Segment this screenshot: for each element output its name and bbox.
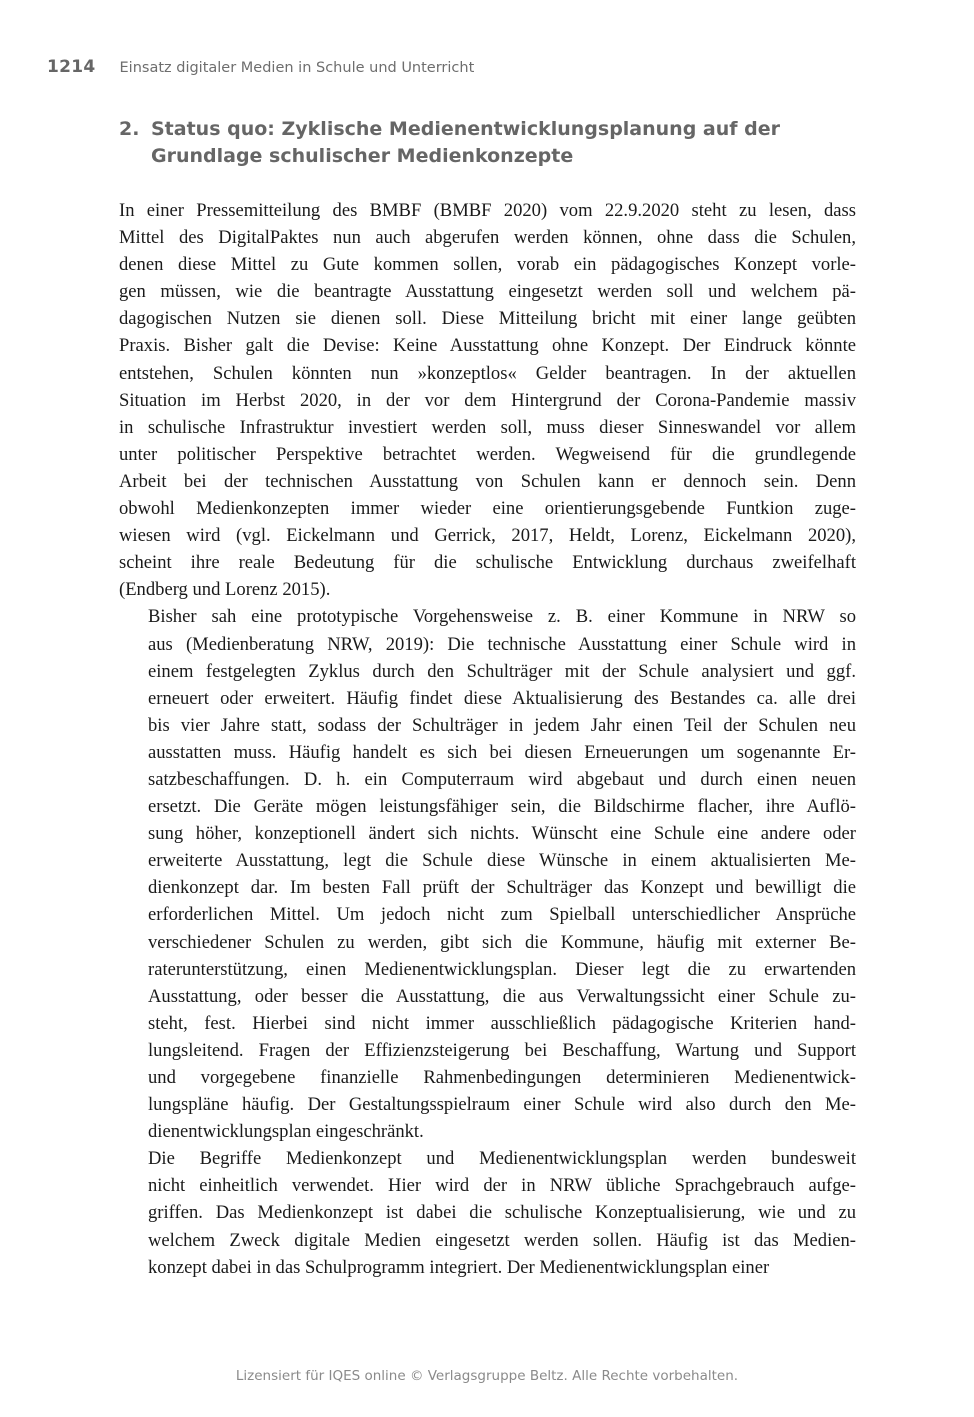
text-line: bis vier Jahre statt, sodass der Schultr… (119, 712, 856, 739)
text-line: dienkonzept dar. Im besten Fall prüft de… (119, 874, 856, 901)
running-head: 1214 Einsatz digitaler Medien in Schule … (47, 57, 474, 77)
text-line: Die Begriffe Medienkonzept und Medienent… (119, 1145, 856, 1172)
text-line: gen müssen, wie die beantragte Ausstattu… (119, 278, 856, 305)
text-line: unter politischer Perspektive betrachtet… (119, 441, 856, 468)
text-line: raterunterstützung, einen Medienentwickl… (119, 956, 856, 983)
text-line: ausstatten muss. Häufig handelt es sich … (119, 739, 856, 766)
text-line: Situation im Herbst 2020, in der vor dem… (119, 387, 856, 414)
text-line: sung höher, konzeptionell ändert sich ni… (119, 820, 856, 847)
text-line: In einer Pressemitteilung des BMBF (BMBF… (119, 197, 856, 224)
text-line: (Endberg und Lorenz 2015). (119, 576, 856, 603)
text-line: einem festgelegten Zyklus durch den Schu… (119, 658, 856, 685)
text-line: nicht einheitlich verwendet. Hier wird d… (119, 1172, 856, 1199)
text-line: in schulische Infrastruktur investiert w… (119, 414, 856, 441)
text-line: lungsleitend. Fragen der Effizienzsteige… (119, 1037, 856, 1064)
text-line: welchem Zweck digitale Medien eingesetzt… (119, 1227, 856, 1254)
text-line: erneuert oder erweitert. Häufig findet d… (119, 685, 856, 712)
text-line: dagogischen Nutzen sie dienen soll. Dies… (119, 305, 856, 332)
section-title-line-2: Grundlage schulischer Medienkonzepte (151, 143, 839, 170)
text-line: wiesen wird (vgl. Eickelmann und Gerrick… (119, 522, 856, 549)
section-number: 2. (119, 116, 151, 170)
text-line: erweiterte Ausstattung, legt die Schule … (119, 847, 856, 874)
text-line: denen diese Mittel zu Gute kommen sollen… (119, 251, 856, 278)
text-line: erforderlichen Mittel. Um jedoch nicht z… (119, 901, 856, 928)
text-line: dienentwicklungsplan eingeschränkt. (119, 1118, 856, 1145)
text-line: ersetzt. Die Geräte mögen leistungsfähig… (119, 793, 856, 820)
text-line: steht, fest. Hierbei sind nicht immer au… (119, 1010, 856, 1037)
text-line: Praxis. Bisher galt die Devise: Keine Au… (119, 332, 856, 359)
text-line: verschiedener Schulen zu werden, gibt si… (119, 929, 856, 956)
text-line: aus (Medienberatung NRW, 2019): Die tech… (119, 631, 856, 658)
page-number: 1214 (47, 57, 96, 77)
text-line: und vorgegebene finanzielle Rahmenbeding… (119, 1064, 856, 1091)
text-line: griffen. Das Medienkonzept ist dabei die… (119, 1199, 856, 1226)
section-title: Status quo: Zyklische Medienentwicklungs… (151, 116, 839, 170)
text-line: satzbeschaffungen. D. h. ein Computerrau… (119, 766, 856, 793)
body-text: In einer Pressemitteilung des BMBF (BMBF… (119, 197, 856, 1281)
paragraph: Die Begriffe Medienkonzept und Medienent… (119, 1145, 856, 1280)
text-line: Arbeit bei der technischen Ausstattung v… (119, 468, 856, 495)
license-footer: Lizensiert für IQES online © Verlagsgrup… (0, 1368, 974, 1384)
text-line: entstehen, Schulen könnten nun »konzeptl… (119, 360, 856, 387)
section-heading: 2. Status quo: Zyklische Medienentwicklu… (119, 116, 839, 170)
running-title: Einsatz digitaler Medien in Schule und U… (120, 60, 475, 76)
section-title-line-1: Status quo: Zyklische Medienentwicklungs… (151, 116, 839, 143)
paragraph: Bisher sah eine prototypische Vorgehensw… (119, 603, 856, 1145)
text-line: lungspläne häufig. Der Gestaltungsspielr… (119, 1091, 856, 1118)
text-line: Bisher sah eine prototypische Vorgehensw… (119, 603, 856, 630)
text-line: scheint ihre reale Bedeutung für die sch… (119, 549, 856, 576)
text-line: Ausstattung, oder besser die Ausstattung… (119, 983, 856, 1010)
paragraph: In einer Pressemitteilung des BMBF (BMBF… (119, 197, 856, 603)
text-line: konzept dabei in das Schulprogramm integ… (119, 1254, 856, 1281)
text-line: Mittel des DigitalPaktes nun auch abgeru… (119, 224, 856, 251)
text-line: obwohl Medienkonzepten immer wieder eine… (119, 495, 856, 522)
